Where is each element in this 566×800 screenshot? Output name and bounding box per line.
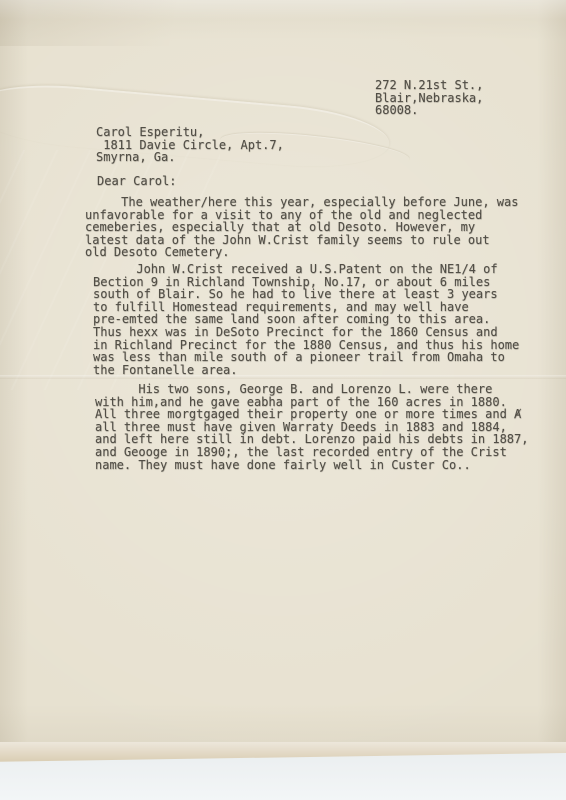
letter-paragraph: His two sons, George B. and Lorenzo L. w… bbox=[95, 383, 528, 471]
letter-paragraph: The weather/here this year, especially b… bbox=[85, 196, 518, 259]
scan-bottom-area bbox=[0, 742, 566, 800]
corner-shading bbox=[0, 0, 250, 46]
scanned-letter-page: 272 N.21st St., Blair,Nebraska, 68008. C… bbox=[0, 0, 566, 800]
letter-paragraph: John W.Crist received a U.S.Patent on th… bbox=[93, 263, 519, 376]
salutation: Dear Carol: bbox=[97, 175, 176, 188]
recipient-address: Carol Esperitu, 1811 Davie Circle, Apt.7… bbox=[96, 126, 284, 164]
sender-address: 272 N.21st St., Blair,Nebraska, 68008. bbox=[375, 79, 483, 117]
